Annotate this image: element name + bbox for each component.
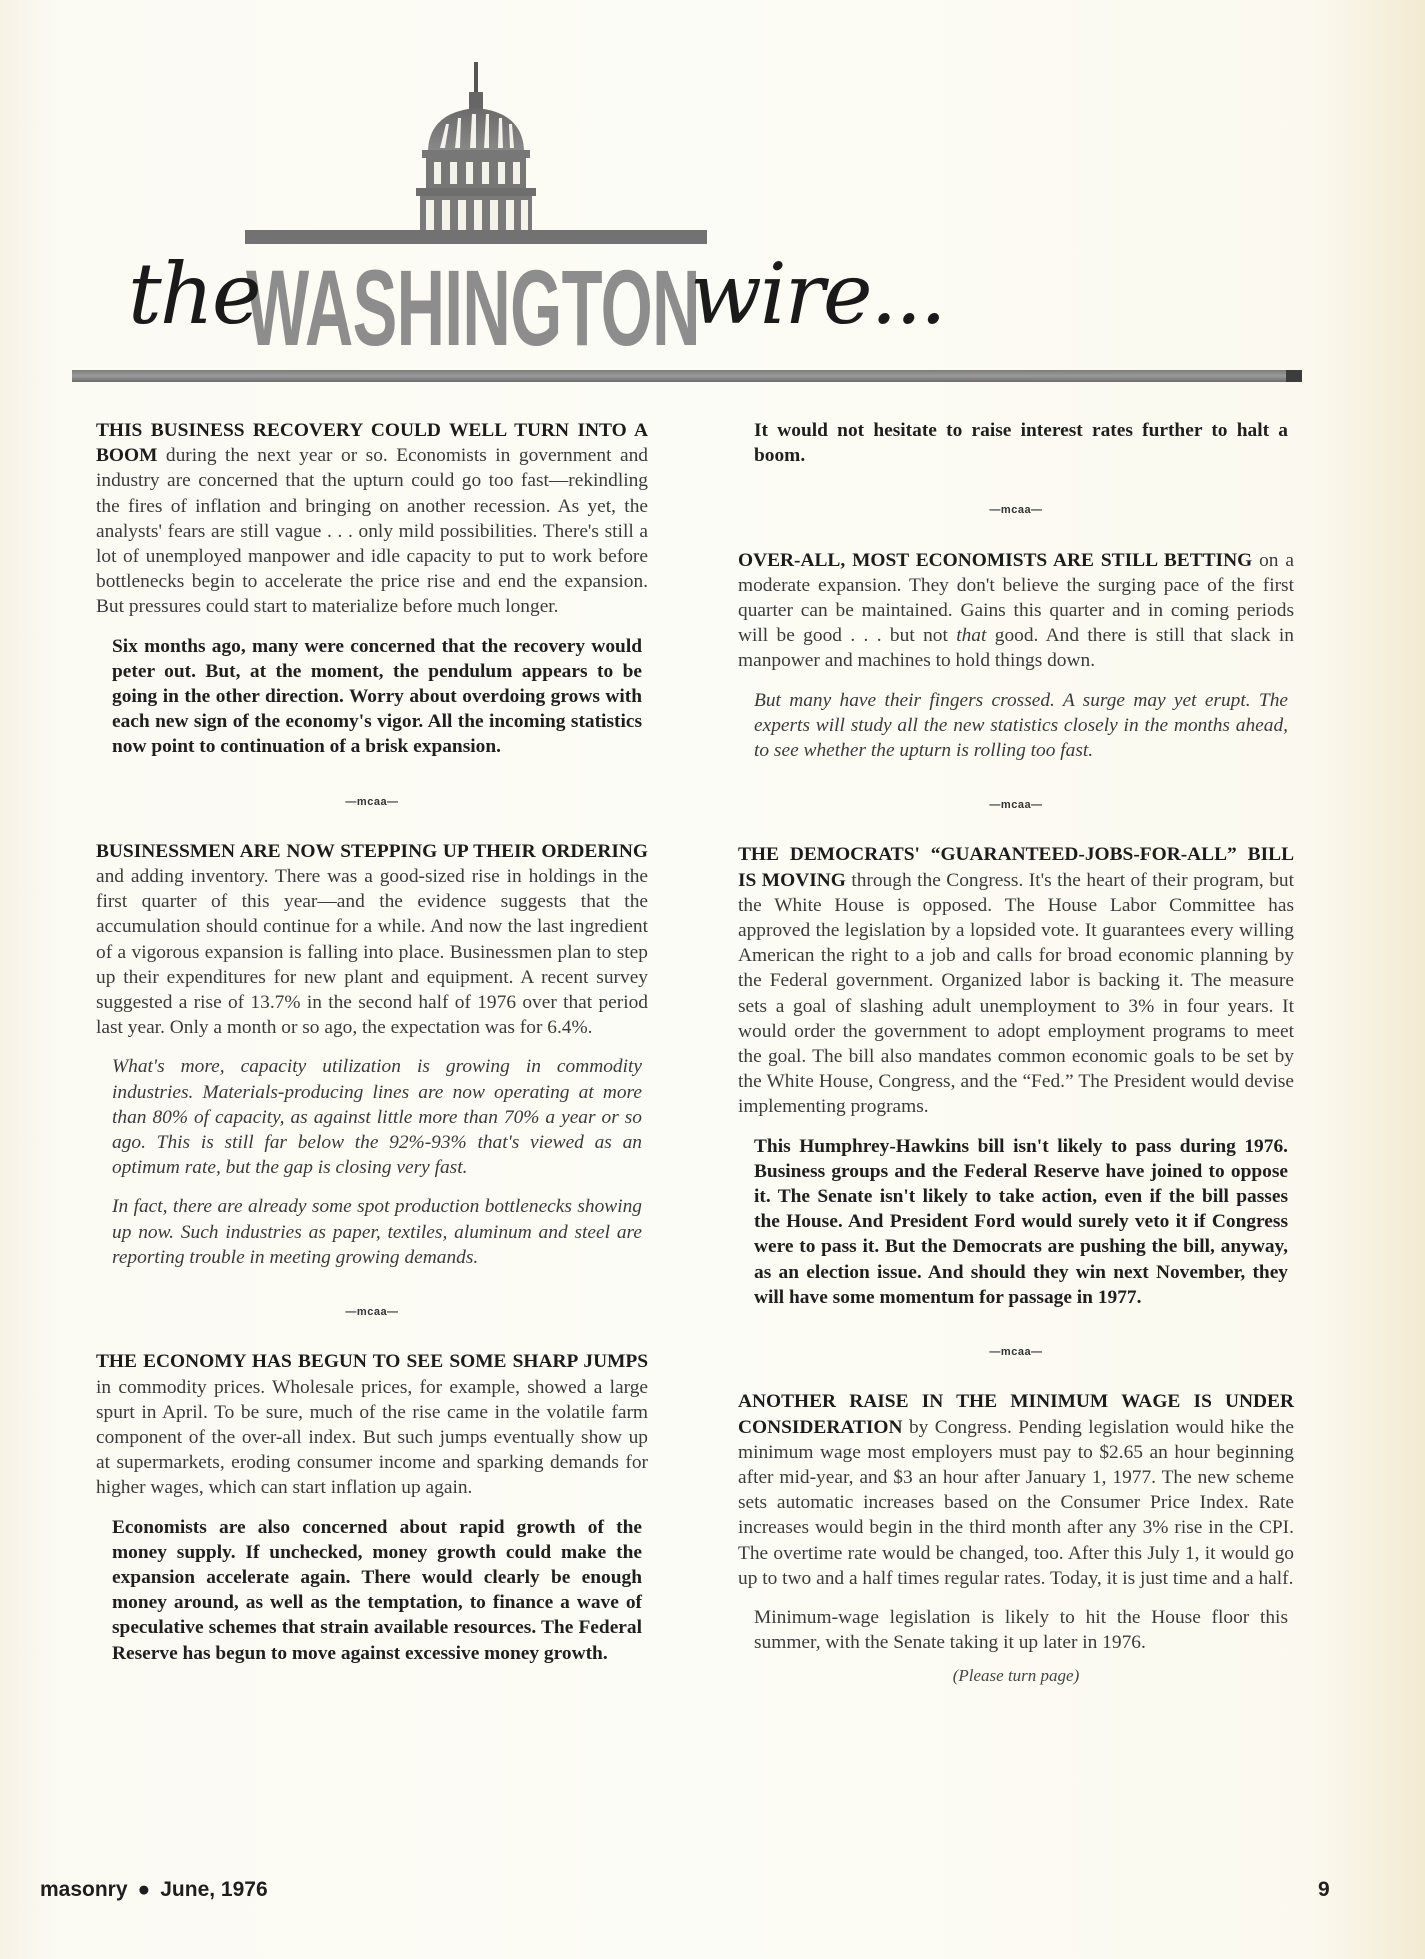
bold-paragraph: Six months ago, many were concerned that… [112,634,642,760]
section-body: through the Congress. It's the heart of … [738,870,1294,1118]
section-economists-betting: OVER-ALL, MOST ECONOMISTS ARE STILL BETT… [738,548,1294,674]
italic-paragraph: What's more, capacity utilization is gro… [112,1054,642,1180]
publication-name: masonry [40,1878,128,1901]
separator: —mcaa— [96,790,648,815]
section-economy-jumps: THE ECONOMY HAS BEGUN TO SEE SOME SHARP … [96,1349,648,1500]
masthead-rule [72,370,1302,382]
section-body: during the next year or so. Economists i… [96,445,648,617]
section-businessmen-ordering: BUSINESSMEN ARE NOW STEPPING UP THEIR OR… [96,839,648,1041]
masthead-wire: wire... [690,245,945,343]
separator: —mcaa— [738,498,1294,523]
capitol-dome-icon [0,0,1425,420]
section-heading: OVER-ALL, MOST ECONOMISTS ARE STILL BETT… [738,550,1252,571]
separator: —mcaa— [738,1340,1294,1365]
right-column: It would not hesitate to raise interest … [738,418,1294,1689]
masthead-washington: WASHINGTON [246,258,531,358]
section-body-emphasis: that [956,625,986,646]
section-body: in commodity prices. Wholesale prices, f… [96,1377,648,1499]
bullet-icon: ● [138,1878,151,1901]
bold-paragraph: This Humphrey-Hawkins bill isn't likely … [754,1134,1288,1310]
page-number: 9 [1318,1878,1330,1902]
issue-date: June, 1976 [160,1878,267,1901]
italic-paragraph: But many have their fingers crossed. A s… [754,688,1288,764]
bold-paragraph-continued: It would not hesitate to raise interest … [754,418,1288,468]
left-column: THIS BUSINESS RECOVERY COULD WELL TURN I… [96,418,648,1680]
turn-page-note: (Please turn page) [738,1663,1294,1688]
separator: —mcaa— [738,793,1294,818]
masthead: WASHINGTON the wire... [0,0,1425,420]
section-minimum-wage: ANOTHER RAISE IN THE MINIMUM WAGE IS UND… [738,1389,1294,1591]
section-heading: BUSINESSMEN ARE NOW STEPPING UP THEIR OR… [96,841,648,862]
section-heading: THE ECONOMY HAS BEGUN TO SEE SOME SHARP … [96,1351,648,1372]
section-jobs-bill: THE DEMOCRATS' “GUARANTEED-JOBS-FOR-ALL”… [738,842,1294,1119]
separator: —mcaa— [96,1300,648,1325]
masthead-the: the [128,245,260,343]
italic-paragraph: In fact, there are already some spot pro… [112,1194,642,1270]
section-business-recovery: THIS BUSINESS RECOVERY COULD WELL TURN I… [96,418,648,620]
plain-paragraph: Minimum-wage legislation is likely to hi… [754,1605,1288,1655]
section-body: by Congress. Pending legislation would h… [738,1417,1294,1589]
section-body: and adding inventory. There was a good-s… [96,866,648,1038]
bold-paragraph: Economists are also concerned about rapi… [112,1515,642,1666]
footer-publication: masonry●June, 1976 [40,1878,268,1902]
